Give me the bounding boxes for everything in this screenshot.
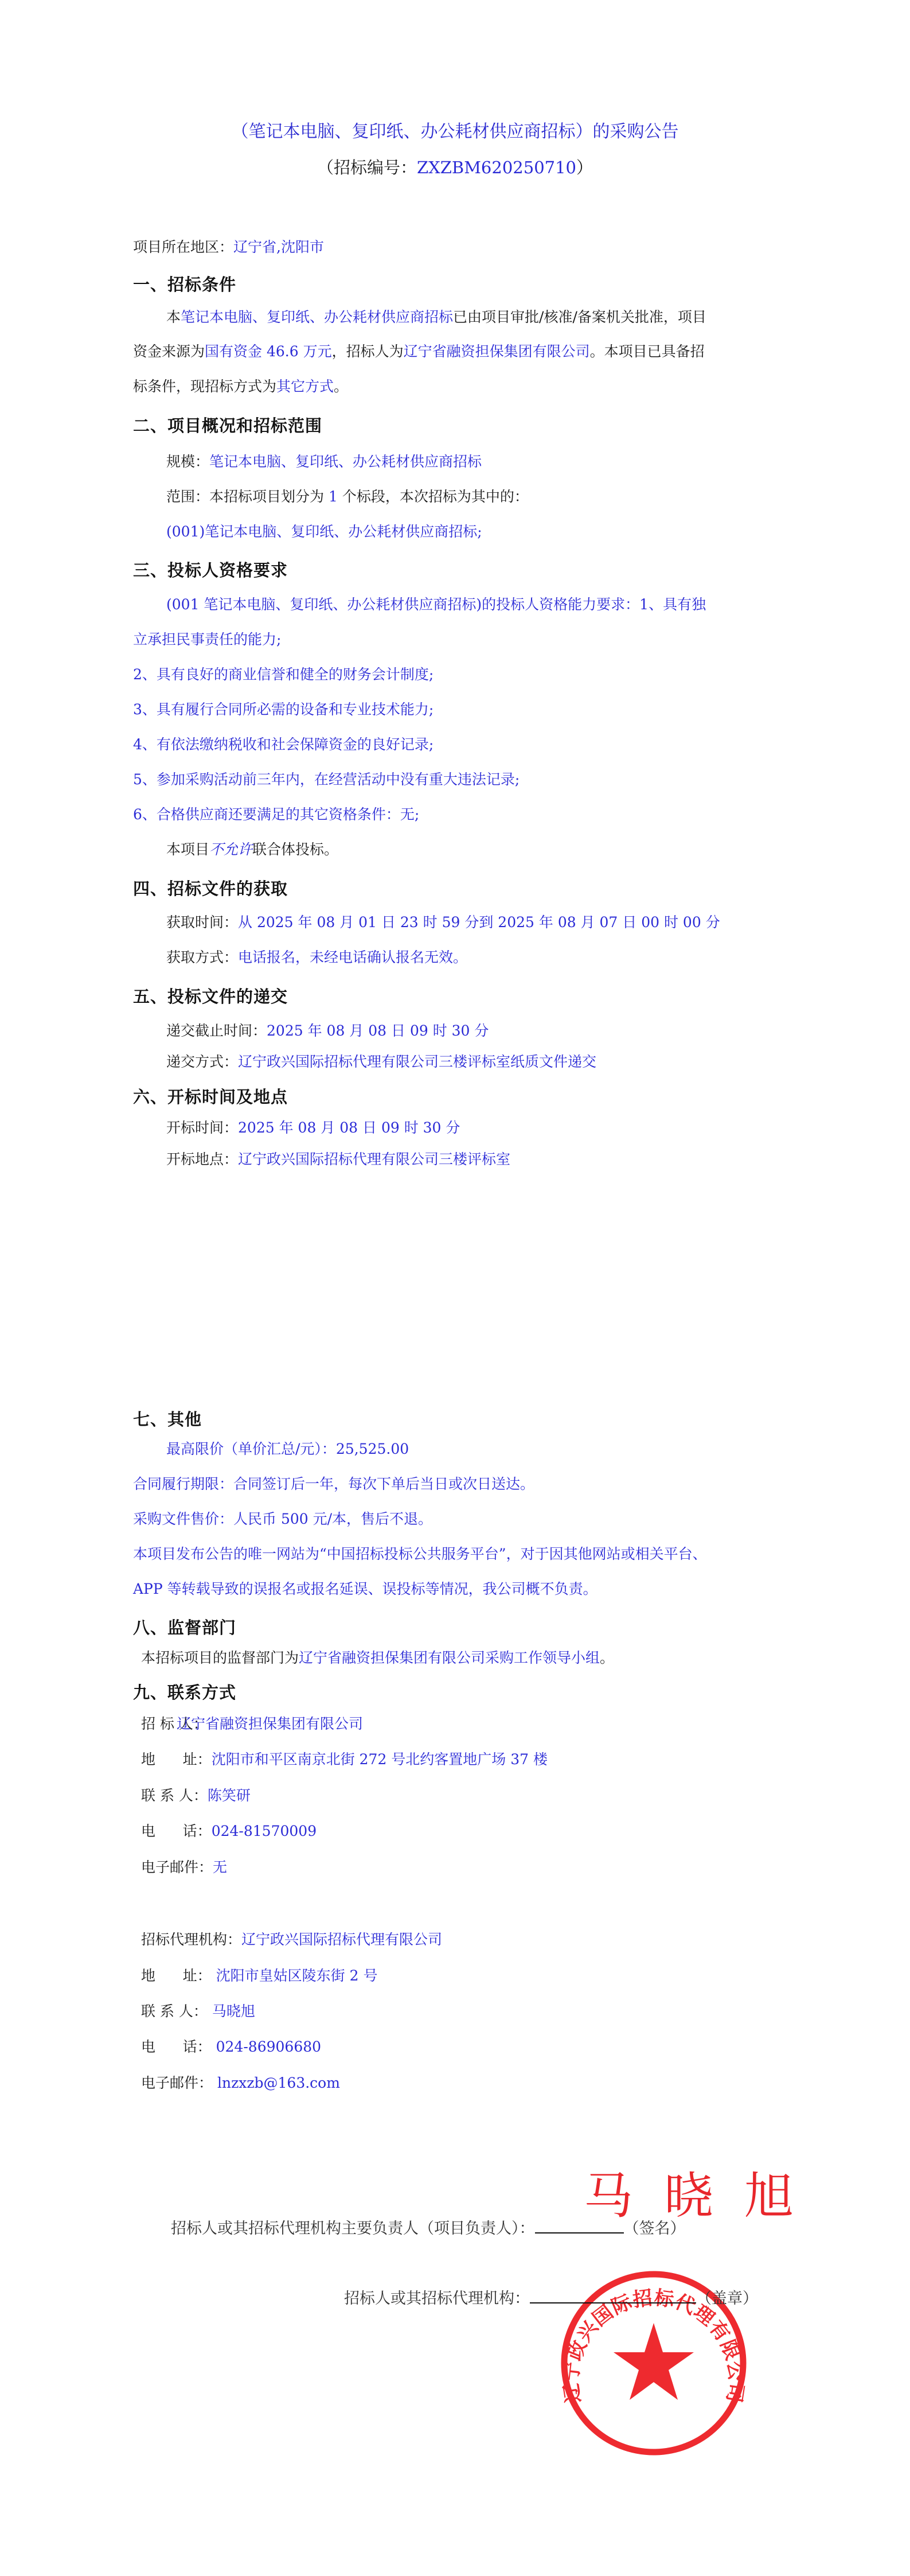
seal-blank: [530, 2289, 696, 2303]
joint-bid-value: 不允许: [209, 841, 252, 858]
bid-number-close: ）: [576, 158, 593, 177]
scale-label: 规模：: [166, 453, 209, 470]
location-value: 辽宁省,沈阳市: [233, 239, 324, 255]
agency-address-line: 地 址： 沈阳市皇姑区陵东街 2 号: [141, 1967, 377, 1984]
section-heading-6: 六、开标时间及地点: [133, 1084, 288, 1108]
tenderer-email-line: 电子邮件：无: [141, 1859, 227, 1876]
opening-time-value: 2025 年 08 月 08 日 09 时 30 分: [238, 1119, 460, 1136]
bid-number-label: （招标编号：: [317, 158, 417, 177]
agency-email-value: lnzxzb@163.com: [217, 2075, 340, 2091]
text: 联合体投标。: [252, 841, 338, 858]
project-name: 笔记本电脑、复印纸、办公耗材供应商招标: [181, 309, 453, 325]
responsible-signature-line: 招标人或其招标代理机构主要负责人（项目负责人）：（签名）: [171, 2216, 686, 2238]
text: 本招标项目的监督部门为: [141, 1649, 299, 1666]
section-heading-1: 一、招标条件: [133, 272, 236, 295]
obtain-method-label: 获取方式：: [166, 949, 238, 966]
submit-method-line: 递交方式：辽宁政兴国际招标代理有限公司三楼评标室纸质文件递交: [166, 1053, 596, 1071]
submit-deadline-line: 递交截止时间：2025 年 08 月 08 日 09 时 30 分: [166, 1022, 489, 1040]
section-heading-4: 四、招标文件的获取: [133, 876, 288, 900]
text: 标条件，现招标方式为: [133, 378, 276, 395]
supervision-line: 本招标项目的监督部门为辽宁省融资担保集团有限公司采购工作领导小组。: [141, 1649, 614, 1667]
agency-phone-value: 024-86906680: [216, 2038, 321, 2055]
agency-address-label: 地 址：: [141, 1967, 212, 1984]
notice-line2: APP 等转载导致的误报名或报名延误、误投标等情况，我公司概不负责。: [133, 1581, 597, 1598]
qualification-item-3: 3、具有履行合同所必需的设备和专业技术能力;: [133, 701, 433, 718]
tenderer-name-value: 辽宁省融资担保集团有限公司: [177, 1715, 363, 1732]
obtain-method-line: 获取方式：电话报名，未经电话确认报名无效。: [166, 949, 467, 966]
lot-count: 1: [329, 488, 338, 505]
contract-term: 合同履行期限：合同签订后一年，每次下单后当日或次日送达。: [133, 1476, 534, 1493]
submit-method-value: 辽宁政兴国际招标代理有限公司三楼评标室纸质文件递交: [238, 1053, 596, 1070]
bid-number-line: （招标编号：ZXZBM620250710）: [0, 155, 910, 178]
agency-contact-line: 联 系 人： 马晓旭: [141, 2003, 255, 2020]
agency-email-label: 电子邮件：: [141, 2075, 213, 2091]
text: 。本项目已具备招: [590, 343, 705, 360]
agency-name-line: 招标代理机构：辽宁政兴国际招标代理有限公司: [141, 1931, 442, 1948]
responsible-label: 招标人或其招标代理机构主要负责人（项目负责人）：: [171, 2220, 535, 2238]
obtain-method-value: 电话报名，未经电话确认报名无效。: [238, 949, 467, 966]
section-heading-8: 八、监督部门: [133, 1615, 236, 1639]
tenderer-address-line: 地 址：沈阳市和平区南京北街 272 号北约客置地广场 37 楼: [141, 1751, 548, 1768]
tender-method: 其它方式: [276, 378, 334, 395]
tenderer-contact-label: 联 系 人：: [141, 1787, 208, 1804]
text: 资金来源为: [133, 343, 205, 360]
agency-contact-label: 联 系 人：: [141, 2003, 208, 2019]
tenderer-email-label: 电子邮件：: [141, 1859, 213, 1875]
scale-value: 笔记本电脑、复印纸、办公耗材供应商招标: [209, 453, 482, 470]
tenderer-address-value: 沈阳市和平区南京北街 272 号北约客置地广场 37 楼: [212, 1751, 548, 1768]
max-price: 最高限价（单价汇总/元）：25,525.00: [166, 1441, 409, 1458]
signature-blank: [535, 2219, 624, 2233]
agency-name-label: 招标代理机构：: [141, 1931, 241, 1948]
tenderer-name: 辽宁省融资担保集团有限公司: [404, 343, 590, 360]
agency-phone-line: 电 话： 024-86906680: [141, 2038, 321, 2056]
opening-place-value: 辽宁政兴国际招标代理有限公司三楼评标室: [238, 1151, 510, 1168]
location-label: 项目所在地区：: [133, 239, 233, 255]
submit-deadline-label: 递交截止时间：: [166, 1022, 267, 1039]
qualification-item-5: 5、参加采购活动前三年内，在经营活动中没有重大违法记录;: [133, 771, 520, 788]
tenderer-name-line: 招 标 人：辽宁省融资担保集团有限公司: [141, 1715, 363, 1733]
section-heading-9: 九、联系方式: [133, 1680, 236, 1703]
qualification-line1: (001 笔记本电脑、复印纸、办公耗材供应商招标)的投标人资格能力要求：1、具有…: [166, 596, 706, 613]
obtain-time-label: 获取时间：: [166, 914, 238, 931]
seal-line: 招标人或其招标代理机构：（盖章）: [344, 2286, 758, 2308]
fund-source: 国有资金 46.6 万元: [205, 343, 332, 360]
tenderer-contact-line: 联 系 人：陈笑研: [141, 1787, 251, 1804]
section-heading-7: 七、其他: [133, 1407, 202, 1430]
qualification-item-4: 4、有依法缴纳税收和社会保障资金的良好记录;: [133, 736, 433, 753]
agency-name-value: 辽宁政兴国际招标代理有限公司: [241, 1931, 442, 1948]
opening-time-label: 开标时间：: [166, 1119, 238, 1136]
section-heading-3: 三、投标人资格要求: [133, 558, 288, 581]
qualification-item-6: 6、合格供应商还要满足的其它资格条件：无;: [133, 806, 419, 823]
document-title: （笔记本电脑、复印纸、办公耗材供应商招标）的采购公告: [0, 117, 910, 142]
obtain-time-value: 从 2025 年 08 月 01 日 23 时 59 分到 2025 年 08 …: [238, 914, 720, 931]
agency-phone-label: 电 话：: [141, 2038, 212, 2055]
s1-paragraph-line2: 资金来源为国有资金 46.6 万元，招标人为辽宁省融资担保集团有限公司。本项目已…: [133, 343, 705, 360]
joint-bid-line: 本项目不允许联合体投标。: [166, 841, 338, 858]
range-line: 范围：本招标项目划分为 1 个标段，本次招标为其中的：: [166, 488, 529, 505]
s1-paragraph-line3: 标条件，现招标方式为其它方式。: [133, 378, 348, 395]
supervision-dept: 辽宁省融资担保集团有限公司采购工作领导小组: [299, 1649, 600, 1666]
text: 个标段，本次招标为其中的：: [342, 488, 529, 505]
s1-paragraph-line1: 本笔记本电脑、复印纸、办公耗材供应商招标已由项目审批/核准/备案机关批准，项目: [166, 309, 706, 326]
submit-deadline-value: 2025 年 08 月 08 日 09 时 30 分: [267, 1022, 489, 1039]
tenderer-contact-value: 陈笑研: [208, 1787, 251, 1804]
text: 已由项目审批/核准/备案机关批准，项目: [453, 309, 706, 325]
project-location: 项目所在地区：辽宁省,沈阳市: [133, 239, 324, 256]
obtain-time-line: 获取时间：从 2025 年 08 月 01 日 23 时 59 分到 2025 …: [166, 914, 720, 931]
submit-method-label: 递交方式：: [166, 1053, 238, 1070]
notice-line1: 本项目发布公告的唯一网站为“中国招标投标公共服务平台”，对于因其他网站或相关平台…: [133, 1546, 707, 1563]
seal-suffix: （盖章）: [696, 2290, 758, 2307]
text: 范围：本招标项目划分为: [166, 488, 324, 505]
qualification-item-2: 2、具有良好的商业信誉和健全的财务会计制度;: [133, 666, 433, 683]
signature-suffix: （签名）: [624, 2220, 686, 2238]
qualification-line2: 立承担民事责任的能力;: [133, 631, 281, 648]
agency-address-value: 沈阳市皇姑区陵东街 2 号: [216, 1967, 378, 1984]
lot-item: (001)笔记本电脑、复印纸、办公耗材供应商招标;: [166, 523, 482, 540]
section-heading-2: 二、项目概况和招标范围: [133, 413, 322, 437]
tenderer-phone-line: 电 话：024-81570009: [141, 1823, 317, 1840]
tenderer-name-label: 招 标 人：: [141, 1715, 177, 1733]
section-heading-5: 五、投标文件的递交: [133, 984, 288, 1007]
text: 本项目: [166, 841, 209, 858]
tenderer-phone-label: 电 话：: [141, 1823, 212, 1839]
announcement-page: （笔记本电脑、复印纸、办公耗材供应商招标）的采购公告 （招标编号：ZXZBM62…: [0, 0, 910, 2576]
tenderer-address-label: 地 址：: [141, 1751, 212, 1768]
bid-number: ZXZBM620250710: [417, 158, 576, 177]
opening-time-line: 开标时间：2025 年 08 月 08 日 09 时 30 分: [166, 1119, 460, 1137]
document-price: 采购文件售价：人民币 500 元/本，售后不退。: [133, 1511, 432, 1528]
agency-email-line: 电子邮件： lnzxzb@163.com: [141, 2075, 340, 2092]
opening-place-line: 开标地点：辽宁政兴国际招标代理有限公司三楼评标室: [166, 1151, 510, 1168]
text: 。: [600, 1649, 614, 1666]
tenderer-email-value: 无: [213, 1859, 227, 1875]
seal-label: 招标人或其招标代理机构：: [344, 2290, 530, 2307]
agency-contact-value: 马晓旭: [212, 2003, 255, 2019]
tenderer-phone-value: 024-81570009: [212, 1823, 317, 1839]
text: ，招标人为: [332, 343, 404, 360]
scale-line: 规模：笔记本电脑、复印纸、办公耗材供应商招标: [166, 453, 482, 470]
opening-place-label: 开标地点：: [166, 1151, 238, 1168]
text: 本: [166, 309, 181, 325]
text: 。: [334, 378, 348, 395]
